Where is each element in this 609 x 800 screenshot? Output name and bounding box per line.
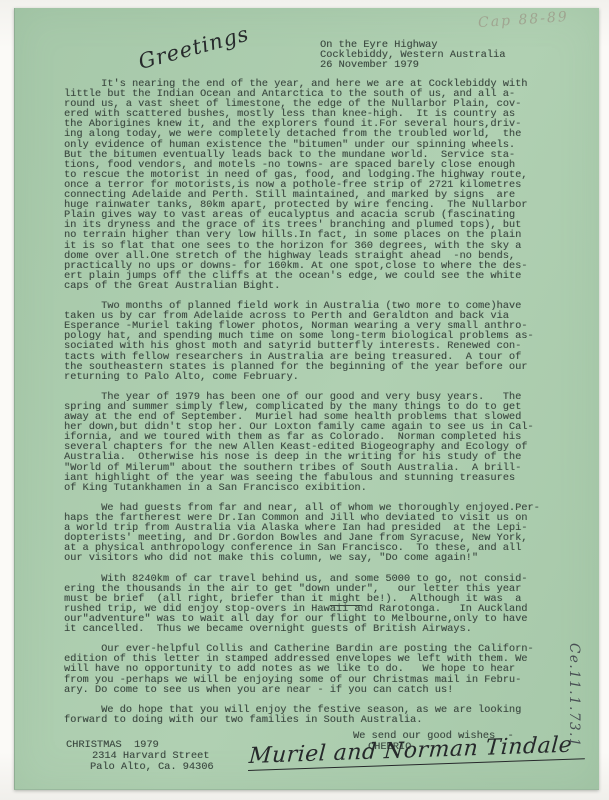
header-date-line: 26 November 1979 — [320, 60, 505, 70]
closing-city-line: Palo Alto, Ca. 94306 — [90, 762, 214, 772]
letter-header-block: On the Eyre Highway Cocklebiddy, Western… — [320, 40, 505, 70]
archive-mark-vertical: Ce.11.1.73.1 — [567, 643, 582, 763]
closing-street-line: 2314 Harvard Street — [92, 751, 209, 761]
scanner-background: Cap 88-89 Greetings On the Eyre Highway … — [0, 0, 609, 800]
closing-christmas-line: CHRISTMAS 1979 — [66, 740, 159, 750]
letter-scan-page: { "colors": { "paper": "#a6c8a9", "paper… — [0, 0, 609, 800]
underline-might — [330, 605, 362, 606]
letter-body: It's nearing the end of the year, and he… — [64, 79, 540, 725]
